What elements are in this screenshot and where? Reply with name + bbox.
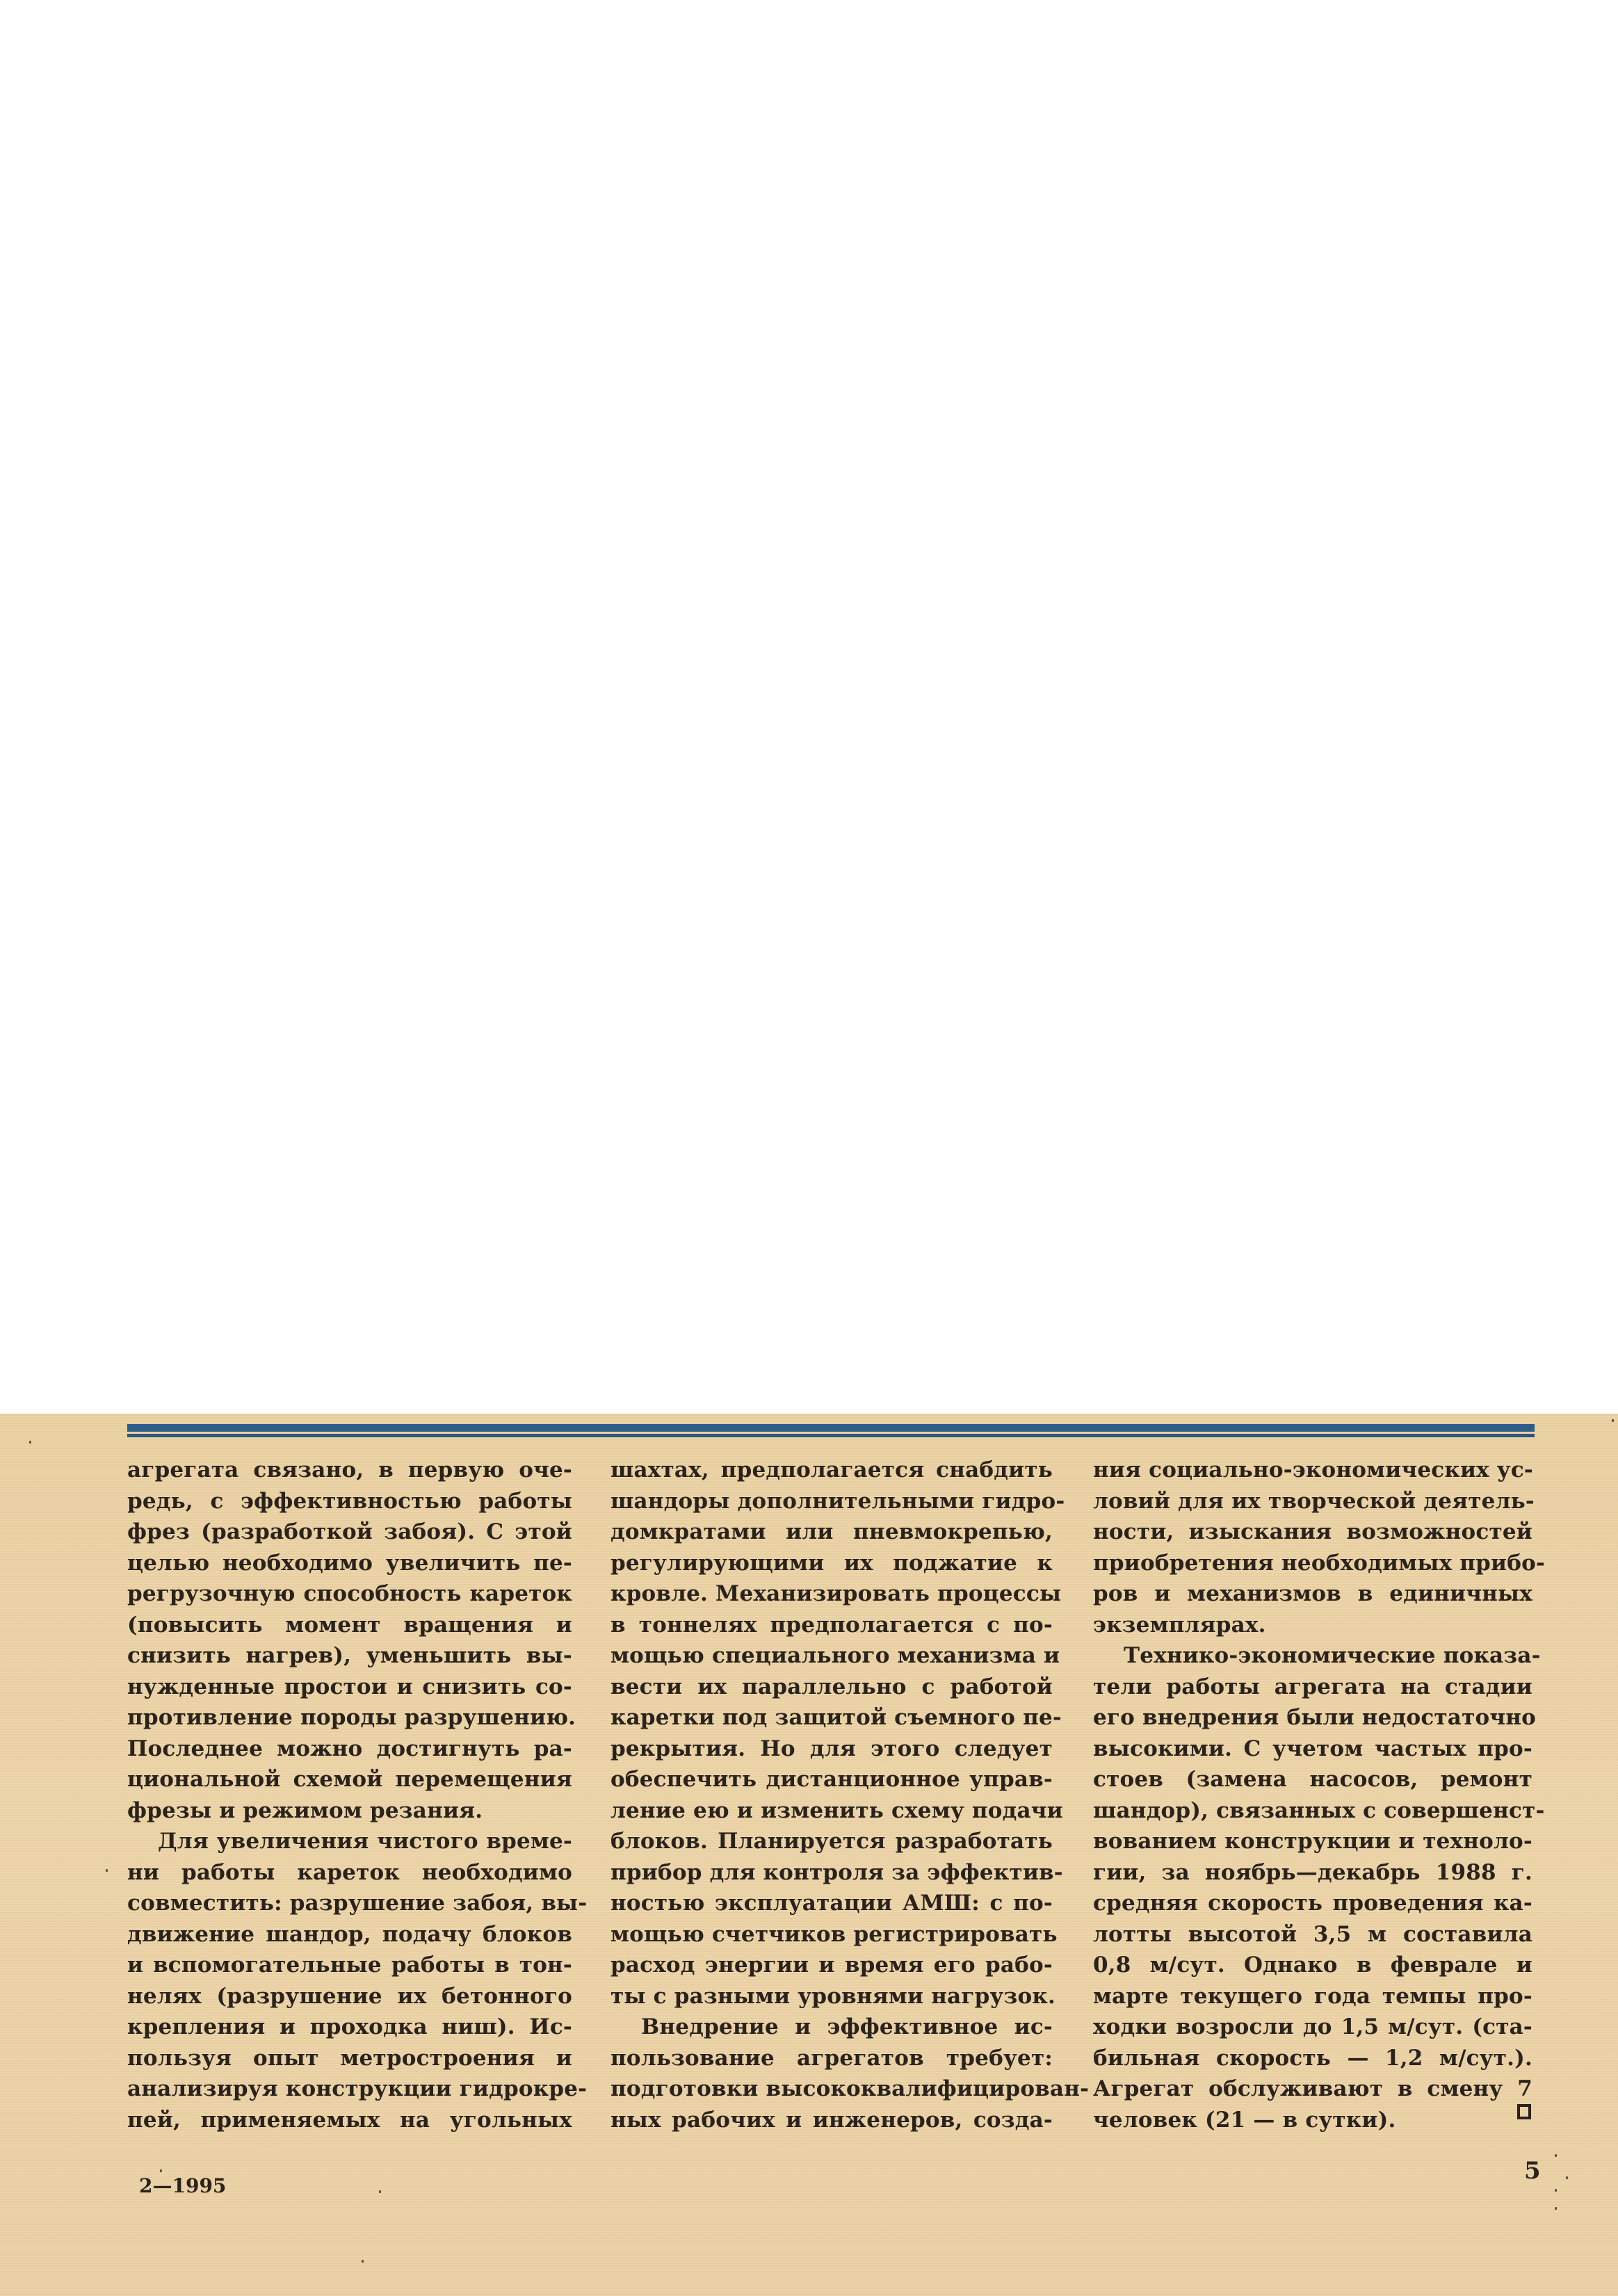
text-line: 0,8 м/сут. Однако в феврале и xyxy=(1093,1950,1532,1981)
text-line: ни работы кареток необходимо xyxy=(127,1857,572,1889)
text-line: крепления и проходка ниш). Ис- xyxy=(127,2012,572,2043)
text-line: средняя скорость проведения ка- xyxy=(1093,1888,1532,1919)
text-line: марте текущего года темпы про- xyxy=(1093,1981,1532,2012)
text-line: фрезы и режимом резания. xyxy=(127,1795,572,1827)
text-line: анализируя конструкции гидрокре- xyxy=(127,2073,572,2105)
text-line: ностью эксплуатации АМШ: с по- xyxy=(610,1888,1053,1919)
print-speck xyxy=(1555,2154,1557,2157)
print-speck xyxy=(160,2169,162,2172)
text-line: стоев (замена насосов, ремонт xyxy=(1093,1764,1532,1795)
text-line: вованием конструкции и техноло- xyxy=(1093,1826,1532,1857)
text-line: расход энергии и время его рабо- xyxy=(610,1950,1053,1981)
text-line: вести их параллельно с работой xyxy=(610,1672,1053,1703)
text-line: шахтах, предполагается снабдить xyxy=(610,1455,1053,1486)
text-line: ты с разными уровнями нагрузок. xyxy=(610,1981,1053,2012)
text-line: регрузочную способность кареток xyxy=(127,1578,572,1610)
header-rule-thin xyxy=(127,1434,1535,1437)
text-line: его внедрения были недостаточно xyxy=(1093,1702,1532,1733)
text-line: приобретения необходимых прибо- xyxy=(1093,1548,1532,1579)
text-line: пользование агрегатов требует: xyxy=(610,2043,1053,2074)
text-line: нелях (разрушение их бетонного xyxy=(127,1981,572,2012)
text-line: ров и механизмов в единичных xyxy=(1093,1578,1532,1610)
print-speck xyxy=(1612,1419,1614,1422)
text-column-1: агрегата связано, в первую оче- редь, с … xyxy=(127,1455,572,2135)
text-line: пользуя опыт метростроения и xyxy=(127,2043,572,2074)
text-line: мощью специального механизма и xyxy=(610,1640,1053,1672)
text-line: (повысить момент вращения и xyxy=(127,1610,572,1641)
text-line: бильная скорость — 1,2 м/сут.). xyxy=(1093,2043,1532,2074)
paragraph-start-line: Для увеличения чистого време- xyxy=(127,1826,572,1857)
text-line: редь, с эффективностью работы xyxy=(127,1486,572,1517)
blank-area xyxy=(0,0,1618,1414)
text-line: тели работы агрегата на стадии xyxy=(1093,1672,1532,1703)
text-line: прибор для контроля за эффектив- xyxy=(610,1857,1053,1889)
page-number: 5 xyxy=(1524,2157,1541,2185)
text-line: снизить нагрев), уменьшить вы- xyxy=(127,1640,572,1672)
text-line: противление породы разрушению. xyxy=(127,1702,572,1733)
text-line: Агрегат обслуживают в смену 7 xyxy=(1093,2073,1532,2105)
text-line: домкратами или пневмокрепью, xyxy=(610,1517,1053,1548)
paragraph-start-line: Внедрение и эффективное ис- xyxy=(610,2012,1053,2043)
text-line: движение шандор, подачу блоков xyxy=(127,1919,572,1950)
print-speck xyxy=(362,2260,364,2263)
end-of-article-square-icon xyxy=(1517,2104,1531,2119)
text-line: экземплярах. xyxy=(1093,1610,1532,1641)
text-line: и вспомогательные работы в тон- xyxy=(127,1950,572,1981)
header-rule-thick xyxy=(127,1424,1535,1432)
print-speck xyxy=(1555,2189,1557,2192)
text-line: каретки под защитой съемного пе- xyxy=(610,1702,1053,1733)
text-line: пей, применяемых на угольных xyxy=(127,2105,572,2136)
print-speck xyxy=(106,1869,108,1872)
text-line: в тоннелях предполагается с по- xyxy=(610,1610,1053,1641)
text-line: лотты высотой 3,5 м составила xyxy=(1093,1919,1532,1950)
text-line: целью необходимо увеличить пе- xyxy=(127,1548,572,1579)
text-line: нужденные простои и снизить со- xyxy=(127,1672,572,1703)
text-line: ности, изыскания возможностей xyxy=(1093,1517,1532,1548)
text-line: подготовки высококвалифицирован- xyxy=(610,2073,1053,2105)
text-line: высокими. С учетом частых про- xyxy=(1093,1733,1532,1765)
text-line: циональной схемой перемещения xyxy=(127,1764,572,1795)
text-line: ных рабочих и инженеров, созда- xyxy=(610,2105,1053,2136)
text-line: блоков. Планируется разработать xyxy=(610,1826,1053,1857)
text-line: рекрытия. Но для этого следует xyxy=(610,1733,1053,1765)
paragraph-start-line: Технико-экономические показа- xyxy=(1093,1640,1532,1672)
text-line: мощью счетчиков регистрировать xyxy=(610,1919,1053,1950)
text-line: регулирующими их поджатие к xyxy=(610,1548,1053,1579)
text-line: ния социально-экономических ус- xyxy=(1093,1455,1532,1486)
text-line: совместить: разрушение забоя, вы- xyxy=(127,1888,572,1919)
print-speck xyxy=(1566,2176,1568,2179)
text-line: человек (21 — в сутки). xyxy=(1093,2105,1532,2136)
text-line: шандоры дополнительными гидро- xyxy=(610,1486,1053,1517)
text-line: шандор), связанных с совершенст- xyxy=(1093,1795,1532,1827)
text-column-2: шахтах, предполагается снабдить шандоры … xyxy=(610,1455,1053,2135)
issue-number: 2—1995 xyxy=(139,2174,226,2197)
text-line: агрегата связано, в первую оче- xyxy=(127,1455,572,1486)
text-line: ление ею и изменить схему подачи xyxy=(610,1795,1053,1827)
text-line: обеспечить дистанционное управ- xyxy=(610,1764,1053,1795)
text-line: Последнее можно достигнуть ра- xyxy=(127,1733,572,1765)
print-speck xyxy=(1555,2207,1557,2210)
print-speck xyxy=(379,2190,381,2193)
text-line: фрез (разработкой забоя). С этой xyxy=(127,1517,572,1548)
print-speck xyxy=(29,1441,31,1444)
text-line: кровле. Механизировать процессы xyxy=(610,1578,1053,1610)
text-line: гии, за ноябрь—декабрь 1988 г. xyxy=(1093,1857,1532,1889)
text-column-3: ния социально-экономических ус- ловий дл… xyxy=(1093,1455,1532,2135)
text-line: ловий для их творческой деятель- xyxy=(1093,1486,1532,1517)
text-line: ходки возросли до 1,5 м/сут. (ста- xyxy=(1093,2012,1532,2043)
